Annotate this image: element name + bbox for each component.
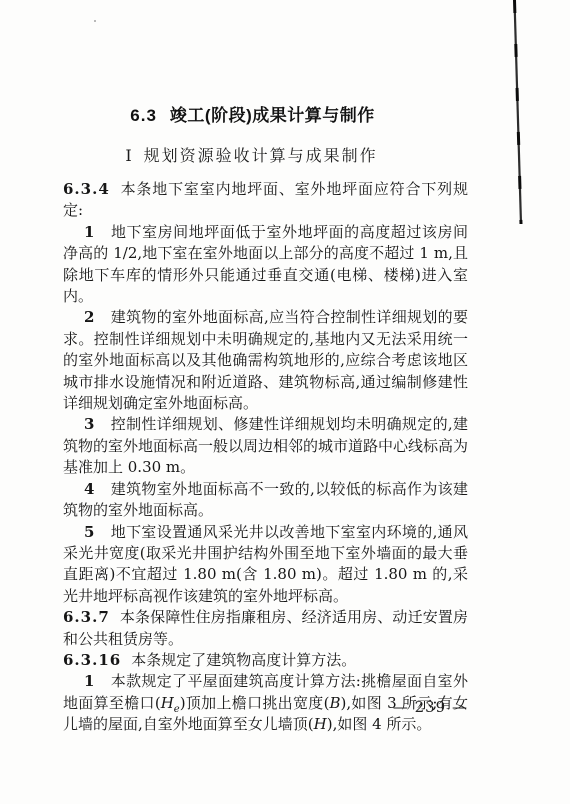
section-heading: 6.3竣工(阶段)成果计算与制作 <box>50 106 455 126</box>
paragraph-text: 地下室房间地坪面低于室外地坪面的高度超过该房间净高的 1/2,地下室在室外地面以… <box>63 223 468 305</box>
section-title: 竣工(阶段)成果计算与制作 <box>170 106 375 125</box>
item-number: 5 <box>84 523 95 541</box>
clause-number: 6.3.4 <box>63 180 110 198</box>
clause-number: 6.3.16 <box>63 651 121 669</box>
variable-symbol: H <box>314 715 327 733</box>
page-number: — 239 — <box>63 698 468 716</box>
paragraph-1: 1地下室房间地坪面低于室外地坪面的高度超过该房间净高的 1/2,地下室在室外地面… <box>63 222 468 308</box>
subsection-heading: Ⅰ规划资源验收计算与成果制作 <box>49 146 454 165</box>
paragraph-6.3.7: 6.3.7本条保障性住房指廉租房、经济适用房、动迁安置房和公共租赁房等。 <box>63 607 468 650</box>
paragraph-text: 建筑物的室外地面标高,应当符合控制性详细规划的要求。控制性详细规划中未明确规定的… <box>63 308 468 412</box>
paragraph-4: 4建筑物室外地面标高不一致的,以较低的标高作为该建筑物的室外地面标高。 <box>63 479 468 522</box>
paragraph-text: 本条保障性住房指廉租房、经济适用房、动迁安置房和公共租赁房等。 <box>63 608 468 647</box>
item-number: 2 <box>84 308 95 326</box>
paragraph-text: ),如图 4 所示。 <box>327 715 432 733</box>
clause-number: 6.3.7 <box>63 608 110 626</box>
paragraph-text: 地下室设置通风采光井以改善地下室室内环境的,通风采光井宽度(取采光井围护结构外围… <box>63 523 468 605</box>
document-page: 6.3竣工(阶段)成果计算与制作 Ⅰ规划资源验收计算与成果制作 6.3.4本条地… <box>0 0 570 804</box>
paragraph-text: 本条规定了建筑物高度计算方法。 <box>131 651 356 669</box>
paragraph-5: 5地下室设置通风采光井以改善地下室室内环境的,通风采光井宽度(取采光井围护结构外… <box>63 522 468 608</box>
paragraph-2: 2建筑物的室外地面标高,应当符合控制性详细规划的要求。控制性详细规划中未明确规定… <box>63 307 468 414</box>
section-number: 6.3 <box>130 106 157 125</box>
item-number: 3 <box>84 415 95 433</box>
subsection-numeral: Ⅰ <box>125 146 131 165</box>
item-number: 1 <box>84 672 95 690</box>
item-number: 1 <box>84 223 95 241</box>
paragraph-6.3.16: 6.3.16本条规定了建筑物高度计算方法。 <box>63 650 468 671</box>
paragraph-text: 本条地下室室内地坪面、室外地坪面应符合下列规定: <box>63 180 468 219</box>
paragraph-6.3.4: 6.3.4本条地下室室内地坪面、室外地坪面应符合下列规定: <box>63 179 468 222</box>
paragraph-3: 3控制性详细规划、修建性详细规划均未明确规定的,建筑物的室外地面标高一般以周边相… <box>63 414 468 478</box>
paragraph-text: 控制性详细规划、修建性详细规划均未明确规定的,建筑物的室外地面标高一般以周边相邻… <box>63 415 468 476</box>
body-text: 6.3.4本条地下室室内地坪面、室外地坪面应符合下列规定:1地下室房间地坪面低于… <box>63 179 468 736</box>
item-number: 4 <box>84 480 95 498</box>
subsection-title: 规划资源验收计算与成果制作 <box>144 146 378 165</box>
paragraph-text: 建筑物室外地面标高不一致的,以较低的标高作为该建筑物的室外地面标高。 <box>63 480 468 519</box>
scan-speck <box>94 20 96 22</box>
